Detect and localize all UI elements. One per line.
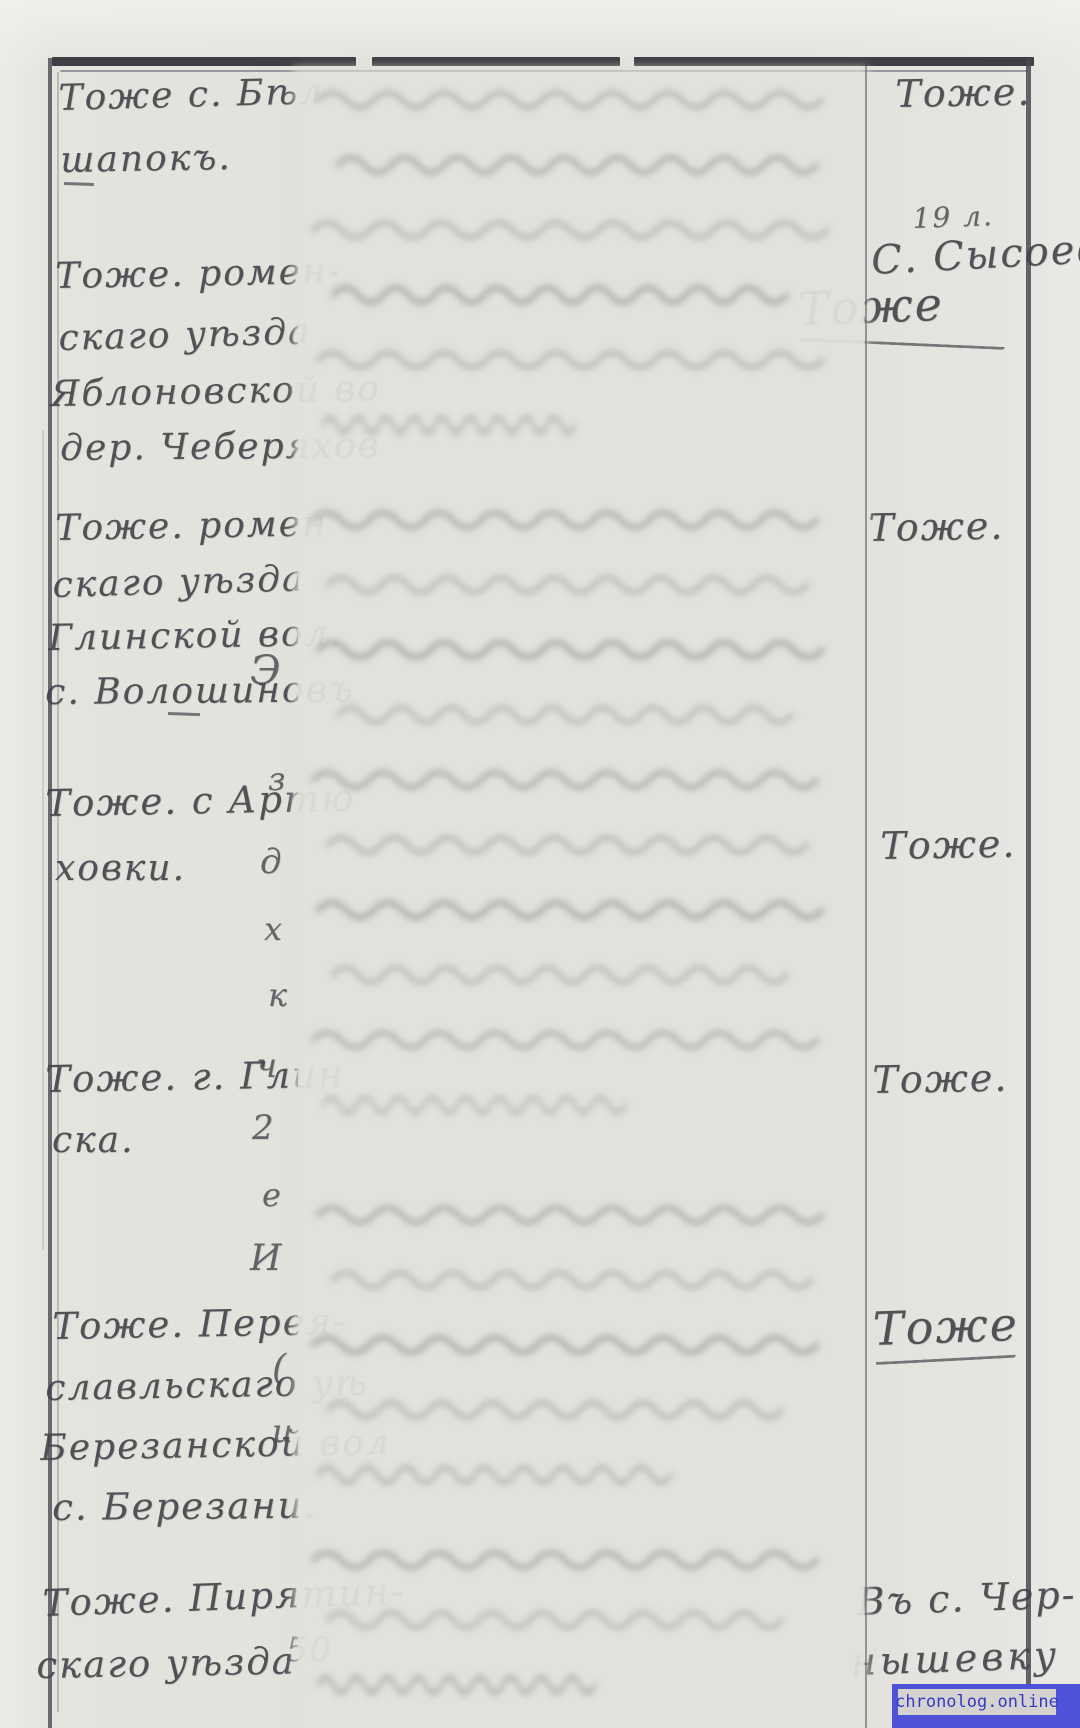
handwriting-line: ховки. (55, 848, 186, 889)
ink-fragment: к (268, 976, 289, 1014)
table-left-border (48, 58, 52, 1728)
ink-fragment: х (264, 910, 284, 948)
handwriting-line: Тоже. ромен (55, 503, 328, 549)
ink-fragment: ( (272, 1348, 288, 1389)
left-margin-crease (42, 430, 44, 1250)
handwriting-line: с. Березани. (52, 1484, 317, 1529)
ink-fragment: з (268, 760, 287, 798)
ink-fragment: И (250, 1238, 283, 1279)
handwriting-line: ска. (52, 1120, 135, 1161)
handwriting-line: нышевку (850, 1633, 1061, 1684)
privacy-blur-overlay (298, 72, 864, 1728)
ink-fragment: д (260, 842, 284, 882)
ink-fragment: 19 л. (912, 199, 994, 235)
ink-fragment: 2 (252, 1108, 276, 1148)
ink-fragment: е (262, 1176, 283, 1214)
blur-squiggles-svg (298, 72, 864, 1728)
table-top-border-segment (634, 57, 1034, 66)
ink-fragment: Э (250, 648, 283, 694)
flourish-underline (876, 1355, 1016, 1365)
watermark-text: chronolog.online (895, 1692, 1059, 1712)
handwriting-line: скаго уѣзда (58, 311, 312, 359)
watermark-badge: chronolog.online (892, 1684, 1080, 1728)
handwriting-line: скаго уѣзда (36, 1639, 296, 1687)
underline-mark (64, 182, 94, 186)
underline-mark (168, 712, 200, 716)
handwriting-line: Тоже. (895, 70, 1032, 116)
scanned-document-page: Тоже с. Бѣл шапокъ. Тоже. ромен- скаго у… (0, 0, 1080, 1728)
handwriting-line: Тоже (872, 1297, 1020, 1356)
handwriting-line: шапокъ. (60, 137, 232, 181)
column-divider (865, 62, 867, 1728)
handwriting-line: Въ с. Чер- (856, 1572, 1077, 1624)
handwriting-line: Тоже. (872, 1056, 1009, 1102)
table-right-border (1026, 58, 1031, 1728)
watermark-panel: chronolog.online (898, 1689, 1056, 1715)
handwriting-line: С. Сысоевку (870, 223, 1080, 284)
table-top-border-segment (372, 57, 620, 66)
handwriting-line: Тоже. (868, 504, 1005, 550)
table-top-border-segment (52, 57, 356, 66)
handwriting-line: Тоже. (880, 822, 1017, 868)
handwriting-line: скаго уѣзда (52, 558, 306, 606)
ink-fragment: и (272, 1412, 295, 1450)
handwriting-line: Тоже с. Бѣл (58, 71, 325, 119)
ink-fragment: ч (256, 1046, 279, 1086)
